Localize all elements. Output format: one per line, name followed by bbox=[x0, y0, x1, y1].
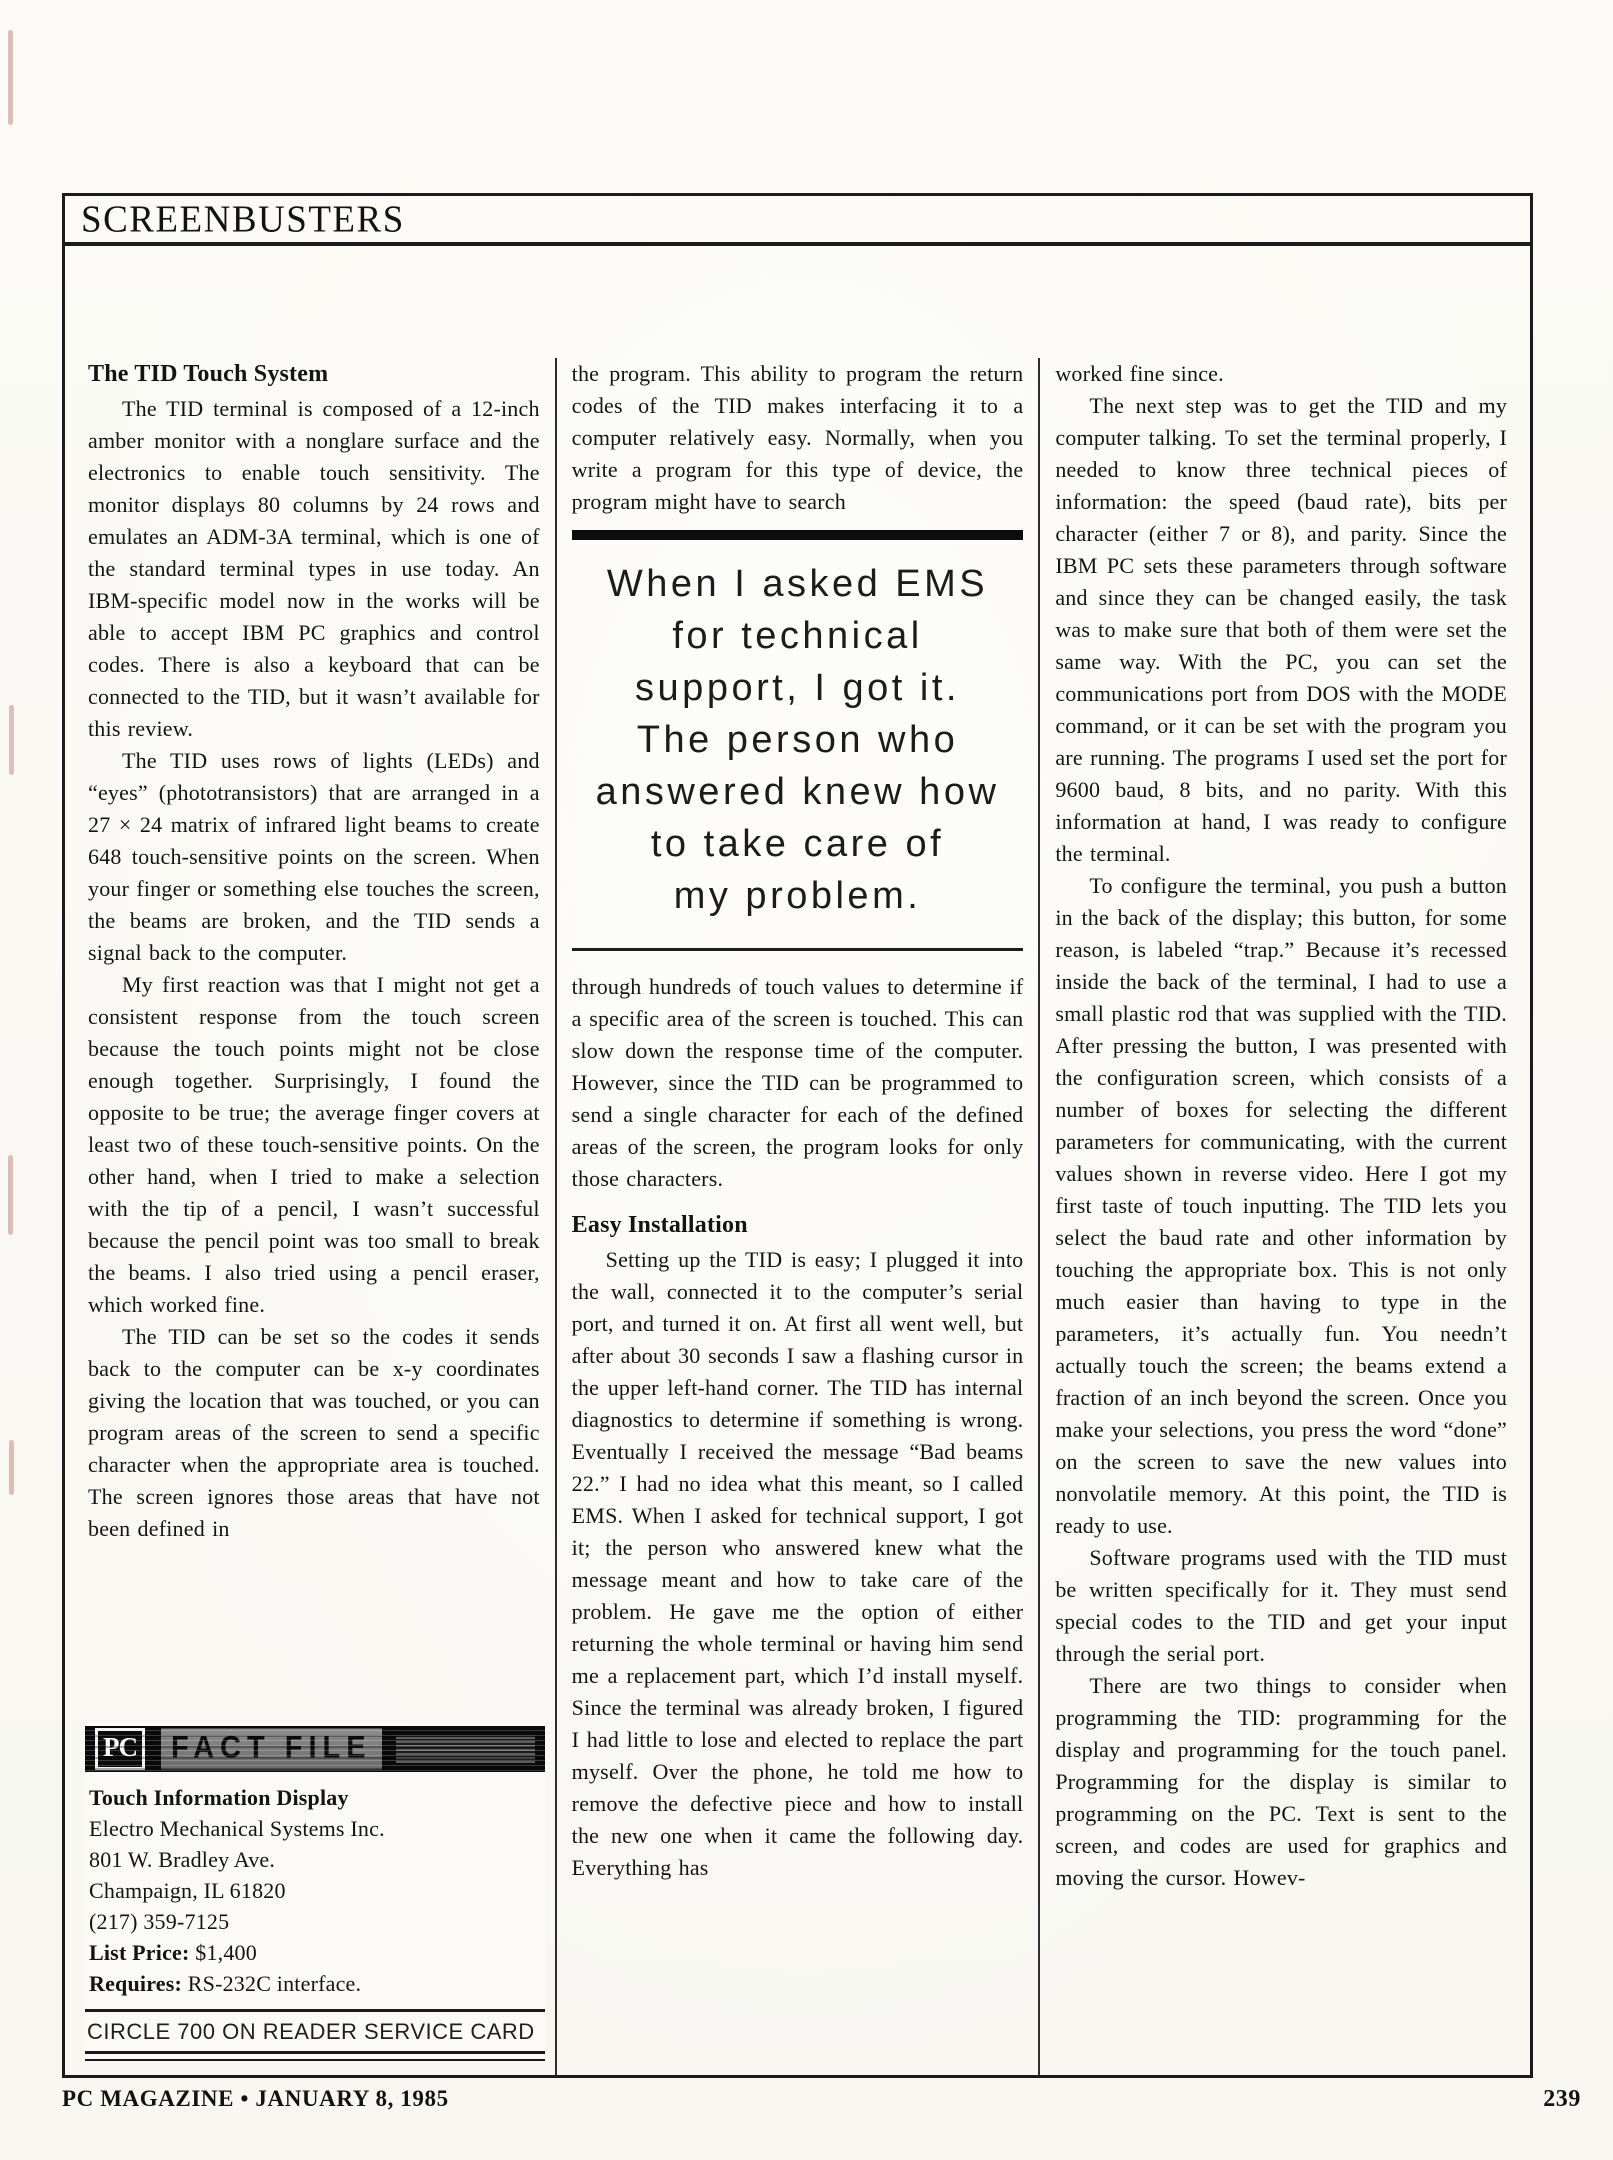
list-price-line: List Price: $1,400 bbox=[89, 1937, 543, 1968]
fact-file-details: Touch Information Display Electro Mechan… bbox=[85, 1772, 545, 2001]
page-number: 239 bbox=[1543, 2086, 1581, 2113]
pull-quote-line: When I asked EMS bbox=[572, 558, 1024, 610]
body-paragraph: My first reaction was that I might not g… bbox=[88, 969, 540, 1321]
fact-file-box: PC FACT FILE Touch Information Display E… bbox=[85, 1722, 545, 2061]
column-3: worked fine since. The next step was to … bbox=[1038, 358, 1522, 2075]
pull-quote-line: my problem. bbox=[572, 870, 1024, 922]
body-paragraph: There are two things to consider when pr… bbox=[1055, 1670, 1507, 1894]
pull-quote-top-rule bbox=[572, 530, 1024, 540]
requires-label: Requires: bbox=[89, 1971, 182, 1996]
pull-quote-line: answered knew how bbox=[572, 766, 1024, 818]
pull-quote-bottom-rule bbox=[572, 948, 1024, 951]
column-1: The TID Touch System The TID terminal is… bbox=[73, 358, 555, 2075]
fact-file-title: FACT FILE bbox=[161, 1728, 382, 1769]
company-name: Electro Mechanical Systems Inc. bbox=[89, 1813, 543, 1844]
pull-quote-line: for technical bbox=[572, 610, 1024, 662]
city-state-zip: Champaign, IL 61820 bbox=[89, 1875, 543, 1906]
body-paragraph: the program. This ability to program the… bbox=[572, 358, 1024, 518]
section-subheading: Easy Installation bbox=[572, 1209, 1024, 1241]
body-paragraph: To configure the terminal, you push a bu… bbox=[1055, 870, 1507, 1542]
body-paragraph: Setting up the TID is easy; I plugged it… bbox=[572, 1244, 1024, 1884]
article-body: The TID Touch System The TID terminal is… bbox=[65, 246, 1530, 2075]
magazine-date: PC MAGAZINE • JANUARY 8, 1985 bbox=[62, 2086, 449, 2112]
section-header: SCREENBUSTERS bbox=[65, 196, 1530, 246]
list-price-value: $1,400 bbox=[195, 1940, 257, 1965]
section-title: SCREENBUSTERS bbox=[81, 200, 405, 238]
reader-service-note: CIRCLE 700 ON READER SERVICE CARD bbox=[85, 2012, 545, 2051]
pc-magazine-logo: PC bbox=[95, 1728, 145, 1770]
pull-quote-line: to take care of bbox=[572, 818, 1024, 870]
requires-line: Requires: RS-232C interface. bbox=[89, 1968, 543, 1999]
scan-artifact bbox=[8, 30, 13, 125]
column-2: the program. This ability to program the… bbox=[555, 358, 1039, 2075]
scan-artifact bbox=[9, 1440, 14, 1495]
body-paragraph: through hundreds of touch values to dete… bbox=[572, 971, 1024, 1195]
page-footer: PC MAGAZINE • JANUARY 8, 1985 239 bbox=[62, 2086, 1581, 2113]
phone-number: (217) 359-7125 bbox=[89, 1906, 543, 1937]
body-paragraph: The next step was to get the TID and my … bbox=[1055, 390, 1507, 870]
body-paragraph: The TID terminal is composed of a 12-inc… bbox=[88, 393, 540, 745]
scan-artifact bbox=[8, 1155, 13, 1235]
pull-quote-line: support, I got it. bbox=[572, 662, 1024, 714]
divider bbox=[85, 2051, 545, 2061]
banner-streak-decoration bbox=[396, 1735, 535, 1763]
street-address: 801 W. Bradley Ave. bbox=[89, 1844, 543, 1875]
body-paragraph: The TID uses rows of lights (LEDs) and “… bbox=[88, 745, 540, 969]
body-paragraph: Software programs used with the TID must… bbox=[1055, 1542, 1507, 1670]
scan-artifact bbox=[9, 705, 14, 775]
page-border-box: SCREENBUSTERS The TID Touch System The T… bbox=[62, 193, 1533, 2078]
article-heading: The TID Touch System bbox=[88, 358, 540, 390]
list-price-label: List Price: bbox=[89, 1940, 190, 1965]
pull-quote-text: When I asked EMS for technical support, … bbox=[572, 540, 1024, 948]
requires-value: RS-232C interface. bbox=[188, 1971, 361, 1996]
fact-file-banner: PC FACT FILE bbox=[85, 1726, 545, 1772]
product-name: Touch Information Display bbox=[89, 1782, 543, 1813]
pull-quote-line: The person who bbox=[572, 714, 1024, 766]
body-paragraph: The TID can be set so the codes it sends… bbox=[88, 1321, 540, 1545]
body-paragraph: worked fine since. bbox=[1055, 358, 1507, 390]
pull-quote: When I asked EMS for technical support, … bbox=[572, 530, 1024, 951]
